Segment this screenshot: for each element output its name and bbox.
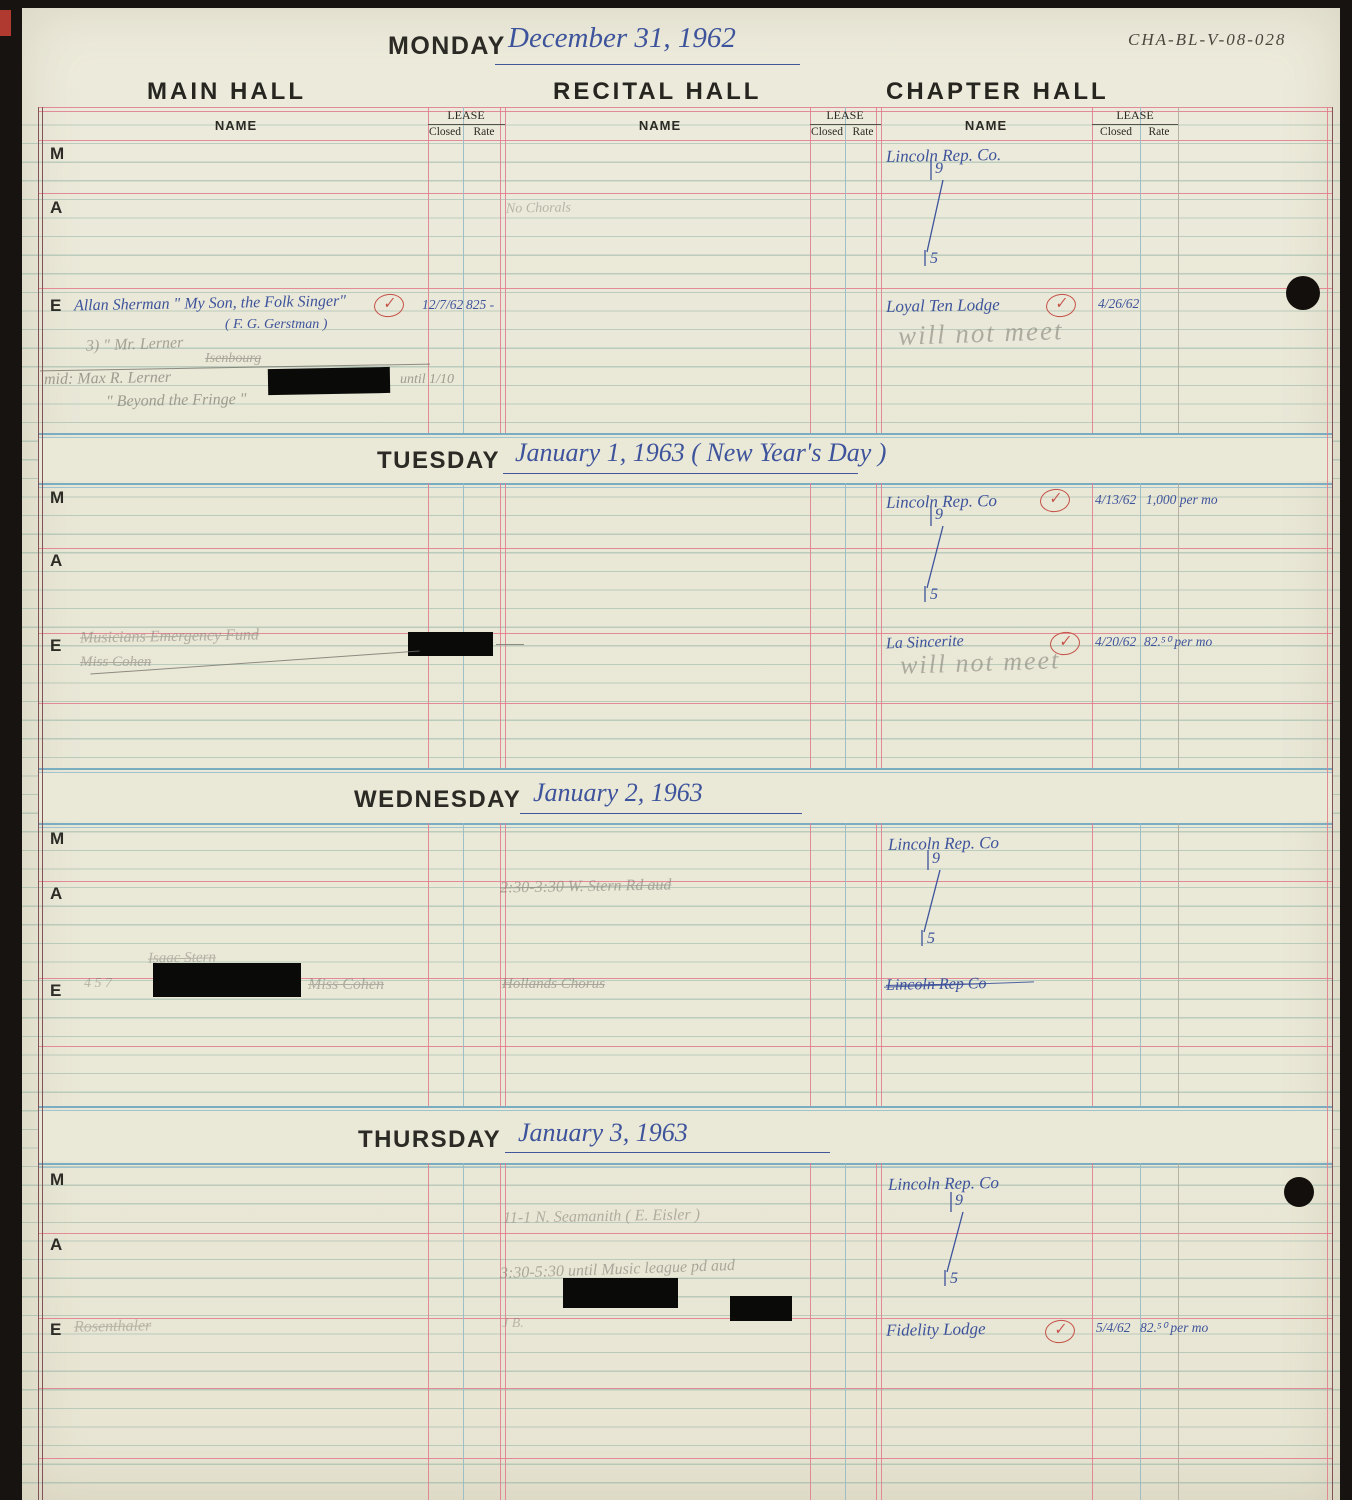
- ledger-entry-pencil: No Chorals: [506, 200, 571, 217]
- hall-title-chapter: CHAPTER HALL: [886, 78, 1109, 106]
- row-divider-line: [38, 1318, 1332, 1319]
- ledger-entry-ink: 4/13/62: [1095, 492, 1136, 508]
- ledger-entry-ink: 82.⁵⁰ per mo: [1144, 634, 1212, 650]
- ledger-entry-ink: Fidelity Lodge: [886, 1319, 986, 1341]
- col-header-rate-chapter: Rate: [1148, 126, 1169, 138]
- time-span-mark: 95: [912, 848, 956, 950]
- ledger-entry-ink: 825 -: [466, 297, 494, 313]
- col-header-name-recital: NAME: [639, 118, 681, 133]
- time-start: 9: [932, 850, 940, 868]
- scanned-ledger-page: MAEMAEMAEMAE MONDAY December 31, 1962 CH…: [0, 0, 1352, 1500]
- redaction-box: [730, 1296, 792, 1321]
- column-line: [881, 1163, 882, 1500]
- section-divider-line: [38, 433, 1332, 435]
- column-line: [845, 823, 846, 1106]
- column-line: [1327, 107, 1328, 1500]
- column-line: [1092, 483, 1093, 768]
- column-line: [1092, 1163, 1093, 1500]
- date-underline-monday: [495, 64, 800, 65]
- section-divider-line: [38, 768, 1332, 770]
- row-divider-line: [38, 1046, 1332, 1047]
- ledger-entry-ink: Loyal Ten Lodge: [886, 295, 1000, 317]
- day-title-tuesday: TUESDAY: [377, 447, 500, 475]
- day-title-wednesday: WEDNESDAY: [354, 786, 521, 814]
- ledger-entry-pencil: Hollands Chorus: [502, 976, 605, 993]
- row-label-e: E: [50, 981, 61, 1001]
- row-label-a: A: [50, 884, 62, 904]
- column-line: [500, 483, 501, 768]
- column-line: [1178, 823, 1179, 1106]
- column-line: [845, 107, 846, 433]
- col-header-rate-recital: Rate: [852, 126, 873, 138]
- section-divider-line: [38, 487, 1332, 488]
- ledger-entry-pencil: Rosenthaler: [74, 1317, 152, 1336]
- date-underline-wednesday: [520, 813, 802, 814]
- date-underline-thursday: [505, 1152, 830, 1153]
- row-label-e: E: [50, 1320, 61, 1340]
- col-header-closed-main: Closed: [429, 126, 461, 138]
- date-wednesday: January 2, 1963: [533, 778, 703, 808]
- row-divider-line: [38, 548, 1332, 549]
- date-underline-tuesday: [503, 473, 858, 474]
- column-line: [1140, 483, 1141, 768]
- row-label-m: M: [50, 829, 64, 849]
- time-end: 5: [930, 250, 938, 268]
- ledger-entry-ink: ( F. G. Gerstman ): [225, 317, 327, 333]
- column-line: [876, 483, 877, 768]
- col-header-rate-main: Rate: [473, 126, 494, 138]
- day-title-monday: MONDAY: [388, 32, 506, 61]
- ledger-entry-pencil: mid: Max R. Lerner: [44, 369, 171, 389]
- ledger-entry-ink: 5/4/62: [1096, 1320, 1131, 1336]
- ledger-entry-pencil: until 1/10: [400, 372, 454, 388]
- ledger-entry-pencil: will not meet: [898, 315, 1064, 352]
- day-title-thursday: THURSDAY: [358, 1126, 501, 1154]
- time-end: 5: [950, 1270, 958, 1288]
- column-line: [428, 483, 429, 768]
- ledger-entry-pencil: Musicians Emergency Fund: [80, 626, 259, 647]
- col-header-lease-main: LEASE: [447, 108, 484, 123]
- time-span-mark: 95: [935, 1190, 979, 1290]
- time-span-mark: 95: [915, 504, 959, 606]
- column-line: [1140, 823, 1141, 1106]
- column-line: [810, 823, 811, 1106]
- section-divider-line: [38, 827, 1332, 828]
- row-divider-line: [38, 881, 1332, 882]
- ledger-entry-pencil: " Beyond the Fringe ": [106, 391, 247, 411]
- time-start: 9: [935, 506, 943, 524]
- redaction-box: [268, 367, 390, 395]
- row-divider-line: [38, 1388, 1332, 1389]
- column-line: [42, 107, 43, 1500]
- ledger-entry-pencil: 2:30-3:30 W. Stern Rd aud: [500, 877, 672, 898]
- column-line: [845, 483, 846, 768]
- col-header-name-chapter: NAME: [965, 118, 1007, 133]
- row-divider-line: [38, 140, 1332, 141]
- lease-box-line-main: [428, 124, 505, 125]
- ledger-entry-pencil: Miss Cohen: [80, 654, 151, 671]
- column-line: [881, 107, 882, 433]
- column-line: [881, 483, 882, 768]
- column-line: [1178, 483, 1179, 768]
- time-span-mark: 95: [915, 158, 959, 270]
- column-line: [463, 107, 464, 433]
- ledger-entry-pencil: 4 5 7: [84, 976, 112, 992]
- ledger-entry-ink: 4/20/62: [1095, 634, 1136, 650]
- column-line: [881, 823, 882, 1106]
- time-start: 9: [935, 160, 943, 178]
- section-divider-line: [38, 1167, 1332, 1168]
- time-start: 9: [955, 1192, 963, 1210]
- column-line: [810, 1163, 811, 1500]
- hole-punch-bottom: [1284, 1177, 1314, 1207]
- column-line: [500, 107, 501, 433]
- column-line: [463, 823, 464, 1106]
- column-line: [1092, 823, 1093, 1106]
- hole-punch-top: [1286, 276, 1320, 310]
- col-header-closed-recital: Closed: [811, 126, 843, 138]
- section-divider-line: [38, 823, 1332, 825]
- lease-box-line-recital: [810, 124, 881, 125]
- row-divider-line: [38, 1233, 1332, 1234]
- column-line: [505, 107, 506, 433]
- lease-box-line-chapter: [1092, 124, 1178, 125]
- date-thursday: January 3, 1963: [518, 1118, 688, 1148]
- column-line: [810, 107, 811, 433]
- hall-title-main: MAIN HALL: [147, 78, 306, 106]
- hall-title-recital: RECITAL HALL: [553, 78, 761, 106]
- row-label-a: A: [50, 551, 62, 571]
- column-line: [463, 483, 464, 768]
- ledger-entry-pencil: 3) " Mr. Lerner: [86, 334, 184, 355]
- column-line: [505, 823, 506, 1106]
- redaction-box: [563, 1278, 678, 1308]
- section-divider-line: [38, 483, 1332, 485]
- section-divider-line: [38, 1106, 1332, 1108]
- ledger-entry-pencil: will not meet: [900, 645, 1061, 681]
- row-label-a: A: [50, 1235, 62, 1255]
- column-line: [1140, 107, 1141, 433]
- row-label-m: M: [50, 1170, 64, 1190]
- row-label-a: A: [50, 198, 62, 218]
- col-header-lease-chapter: LEASE: [1116, 108, 1153, 123]
- ledger-entry-pencil: Miss Cohen: [308, 976, 384, 994]
- ledger-entry-ink: 12/7/62: [422, 297, 463, 313]
- col-header-name-main: NAME: [215, 118, 257, 133]
- row-label-e: E: [50, 296, 61, 316]
- section-divider-line: [38, 772, 1332, 773]
- column-line: [505, 483, 506, 768]
- redaction-box: [408, 632, 493, 656]
- column-line: [500, 823, 501, 1106]
- red-edge-mark: [0, 10, 11, 36]
- ledger-entry-pencil: 11-1 N. Seamanith ( E. Eisler ): [503, 1206, 700, 1227]
- column-line: [1178, 107, 1179, 433]
- col-header-lease-recital: LEASE: [826, 108, 863, 123]
- row-label-m: M: [50, 488, 64, 508]
- time-end: 5: [930, 586, 938, 604]
- column-line: [1332, 107, 1333, 1500]
- column-line: [845, 1163, 846, 1500]
- reference-number: CHA-BL-V-08-028: [1128, 30, 1286, 50]
- column-line: [428, 823, 429, 1106]
- column-line: [463, 1163, 464, 1500]
- column-line: [428, 1163, 429, 1500]
- section-divider-line: [38, 1110, 1332, 1111]
- column-line: [876, 107, 877, 433]
- section-divider-line: [38, 1163, 1332, 1165]
- date-monday: December 31, 1962: [508, 22, 736, 55]
- ledger-entry-ink: 82.⁵⁰ per mo: [1140, 1320, 1208, 1336]
- date-tuesday: January 1, 1963 ( New Year's Day ): [515, 438, 886, 468]
- row-divider-line: [38, 703, 1332, 704]
- col-header-closed-chapter: Closed: [1100, 126, 1132, 138]
- column-line: [1092, 107, 1093, 433]
- redaction-box: [153, 963, 301, 997]
- row-label-m: M: [50, 144, 64, 164]
- time-end: 5: [927, 930, 935, 948]
- ledger-entry-pencil: Isenbourg: [205, 351, 261, 367]
- column-line: [38, 107, 39, 1500]
- row-label-e: E: [50, 636, 61, 656]
- column-line: [810, 483, 811, 768]
- column-line: [876, 823, 877, 1106]
- column-line: [876, 1163, 877, 1500]
- ledger-entry-ink: 1,000 per mo: [1146, 492, 1218, 508]
- strike-mark: [496, 644, 524, 645]
- ledger-entry-pencil: J B.: [502, 1316, 524, 1332]
- ledger-entry-ink: 4/26/62: [1098, 296, 1139, 312]
- row-divider-line: [38, 193, 1332, 194]
- row-divider-line: [38, 1458, 1332, 1459]
- row-divider-line: [38, 288, 1332, 289]
